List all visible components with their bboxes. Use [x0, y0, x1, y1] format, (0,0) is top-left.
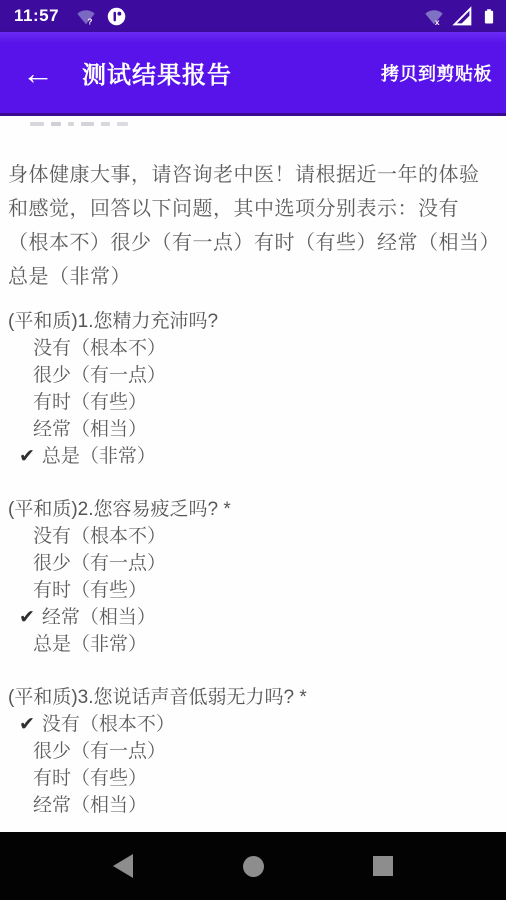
status-bar: 11:57 ? x — [0, 0, 506, 32]
question-options: 没有（根本不）很少（有一点）有时（有些）✔经常（相当）总是（非常） — [8, 523, 498, 658]
option-label: 有时（有些） — [33, 765, 147, 792]
notification-circle-icon — [106, 6, 127, 27]
battery-icon — [480, 4, 498, 28]
option-row: ✔没有（根本不） — [8, 711, 498, 738]
check-icon: ✔ — [19, 711, 35, 738]
option-label: 没有（根本不） — [33, 523, 166, 550]
question-title: (平和质)1.您精力充沛吗? — [8, 308, 498, 335]
option-row: 总是（非常） — [8, 631, 498, 658]
option-label: 经常（相当） — [42, 604, 156, 631]
option-label: 经常（相当） — [33, 416, 147, 443]
option-row: 很少（有一点） — [8, 738, 498, 765]
wifi-off-icon: x — [423, 5, 445, 27]
option-row: 经常（相当） — [8, 792, 498, 819]
check-icon: ✔ — [19, 604, 35, 631]
question-block: (平和质)3.您说话声音低弱无力吗? * ✔没有（根本不）很少（有一点）有时（有… — [8, 684, 498, 819]
intro-paragraph: 身体健康大事，请咨询老中医！请根据近一年的体验和感觉，回答以下问题，其中选项分别… — [8, 158, 498, 294]
back-button[interactable]: ← — [16, 57, 60, 89]
recents-square-icon — [373, 856, 393, 876]
option-row: 很少（有一点） — [8, 362, 498, 389]
back-arrow-icon: ← — [22, 55, 54, 91]
option-label: 总是（非常） — [33, 631, 147, 658]
nav-back-button[interactable] — [95, 838, 151, 894]
option-label: 很少（有一点） — [33, 550, 166, 577]
option-label: 总是（非常） — [42, 443, 156, 470]
questions: (平和质)1.您精力充沛吗? 没有（根本不）很少（有一点）有时（有些）经常（相当… — [8, 308, 498, 819]
cellular-signal-icon — [452, 6, 473, 27]
option-row: 有时（有些） — [8, 389, 498, 416]
report-scroll-area[interactable]: 身体健康大事，请咨询老中医！请根据近一年的体验和感觉，回答以下问题，其中选项分别… — [0, 116, 506, 832]
wifi-question-icon: ? — [75, 5, 97, 27]
option-row: 很少（有一点） — [8, 550, 498, 577]
option-row: 经常（相当） — [8, 416, 498, 443]
option-row: ✔经常（相当） — [8, 604, 498, 631]
option-row: ✔总是（非常） — [8, 443, 498, 470]
option-row: 有时（有些） — [8, 765, 498, 792]
option-label: 没有（根本不） — [33, 335, 166, 362]
copy-to-clipboard-button[interactable]: 拷贝到剪贴板 — [381, 54, 492, 92]
phone-screen: 11:57 ? x — [0, 0, 506, 900]
check-icon: ✔ — [19, 443, 35, 470]
question-options: ✔没有（根本不）很少（有一点）有时（有些）经常（相当） — [8, 711, 498, 819]
svg-text:x: x — [435, 18, 440, 27]
nav-recents-button[interactable] — [355, 838, 411, 894]
option-label: 经常（相当） — [33, 792, 147, 819]
question-block: (平和质)1.您精力充沛吗? 没有（根本不）很少（有一点）有时（有些）经常（相当… — [8, 308, 498, 470]
question-title: (平和质)2.您容易疲乏吗? * — [8, 496, 498, 523]
option-label: 很少（有一点） — [33, 738, 166, 765]
app-bar: ← 测试结果报告 拷贝到剪贴板 — [0, 32, 506, 116]
option-label: 有时（有些） — [33, 577, 147, 604]
svg-text:?: ? — [87, 17, 92, 26]
option-label: 没有（根本不） — [42, 711, 175, 738]
page-title: 测试结果报告 — [82, 55, 232, 90]
option-label: 很少（有一点） — [33, 362, 166, 389]
option-row: 没有（根本不） — [8, 335, 498, 362]
question-block: (平和质)2.您容易疲乏吗? * 没有（根本不）很少（有一点）有时（有些）✔经常… — [8, 496, 498, 658]
option-row: 有时（有些） — [8, 577, 498, 604]
back-triangle-icon — [113, 854, 133, 878]
android-nav-bar — [0, 832, 506, 900]
option-label: 有时（有些） — [33, 389, 147, 416]
scrolled-text-remnant — [30, 120, 498, 130]
question-options: 没有（根本不）很少（有一点）有时（有些）经常（相当）✔总是（非常） — [8, 335, 498, 470]
option-row: 没有（根本不） — [8, 523, 498, 550]
question-title: (平和质)3.您说话声音低弱无力吗? * — [8, 684, 498, 711]
status-time: 11:57 — [14, 6, 59, 26]
home-circle-icon — [243, 856, 264, 877]
nav-home-button[interactable] — [225, 838, 281, 894]
